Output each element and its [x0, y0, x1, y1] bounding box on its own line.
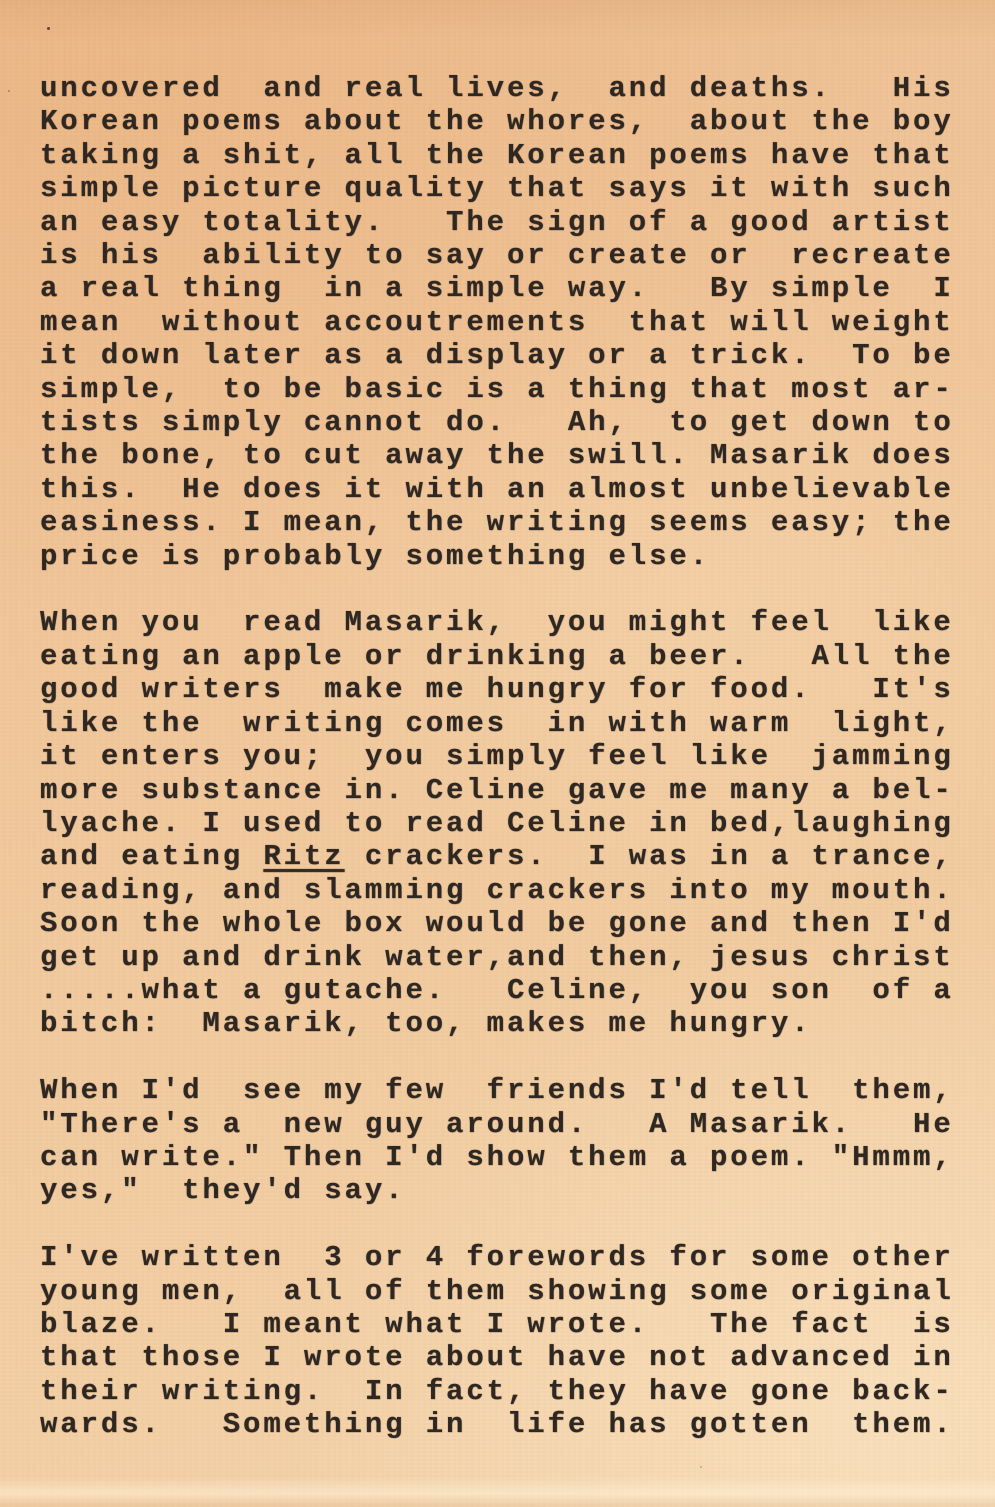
text-line: an easy totality. The sign of a good art… — [40, 206, 995, 239]
text-line: eating an apple or drinking a beer. All … — [40, 640, 995, 673]
text-line: simple picture quality that says it with… — [40, 172, 995, 205]
text-line: tists simply cannot do. Ah, to get down … — [40, 406, 995, 439]
underlined-word: Ritz — [263, 840, 344, 873]
text-line: and eating Ritz crackers. I was in a tra… — [40, 840, 995, 873]
text-line: get up and drink water,and then, jesus c… — [40, 941, 995, 974]
text-line: lyache. I used to read Celine in bed,lau… — [40, 807, 995, 840]
text-line: "There's a new guy around. A Masarik. He — [40, 1108, 995, 1141]
text-line: mean without accoutrements that will wei… — [40, 306, 995, 339]
text-line: is his ability to say or create or recre… — [40, 239, 995, 272]
text-line: taking a shit, all the Korean poems have… — [40, 139, 995, 172]
text-line: simple, to be basic is a thing that most… — [40, 373, 995, 406]
text-line: I've written 3 or 4 forewords for some o… — [40, 1241, 995, 1274]
text-line: the bone, to cut away the swill. Masarik… — [40, 439, 995, 472]
text-line: it down later as a display or a trick. T… — [40, 339, 995, 372]
text-line: Korean poems about the whores, about the… — [40, 105, 995, 138]
text-block: uncovered and real lives, and deaths. Hi… — [40, 72, 995, 1442]
text-line: young men, all of them showing some orig… — [40, 1275, 995, 1308]
text-line: a real thing in a simple way. By simple … — [40, 272, 995, 305]
text-line: Soon the whole box would be gone and the… — [40, 907, 995, 940]
text-line: bitch: Masarik, too, makes me hungry. — [40, 1007, 995, 1040]
text-line: When I'd see my few friends I'd tell the… — [40, 1074, 995, 1107]
text-line: good writers make me hungry for food. It… — [40, 673, 995, 706]
text-line: more substance in. Celine gave me many a… — [40, 774, 995, 807]
text-line: blaze. I meant what I wrote. The fact is — [40, 1308, 995, 1341]
text-line: .....what a gutache. Celine, you son of … — [40, 974, 995, 1007]
text-line: When you read Masarik, you might feel li… — [40, 606, 995, 639]
text-line: that those I wrote about have not advanc… — [40, 1341, 995, 1374]
paragraph: I've written 3 or 4 forewords for some o… — [40, 1241, 995, 1441]
text-line: reading, and slamming crackers into my m… — [40, 874, 995, 907]
text-line: this. He does it with an almost unbeliev… — [40, 473, 995, 506]
text-line: price is probably something else. — [40, 540, 995, 573]
text-line: like the writing comes in with warm ligh… — [40, 707, 995, 740]
paragraph: uncovered and real lives, and deaths. Hi… — [40, 72, 995, 573]
text-line: uncovered and real lives, and deaths. Hi… — [40, 72, 995, 105]
paragraph: When you read Masarik, you might feel li… — [40, 606, 995, 1040]
text-line: can write." Then I'd show them a poem. "… — [40, 1141, 995, 1174]
typewritten-page: uncovered and real lives, and deaths. Hi… — [0, 0, 995, 1507]
text-line: yes," they'd say. — [40, 1174, 995, 1207]
text-line: their writing. In fact, they have gone b… — [40, 1375, 995, 1408]
text-line: easiness. I mean, the writing seems easy… — [40, 506, 995, 539]
text-line: wards. Something in life has gotten them… — [40, 1408, 995, 1441]
text-line: it enters you; you simply feel like jamm… — [40, 740, 995, 773]
paragraph: When I'd see my few friends I'd tell the… — [40, 1074, 995, 1208]
